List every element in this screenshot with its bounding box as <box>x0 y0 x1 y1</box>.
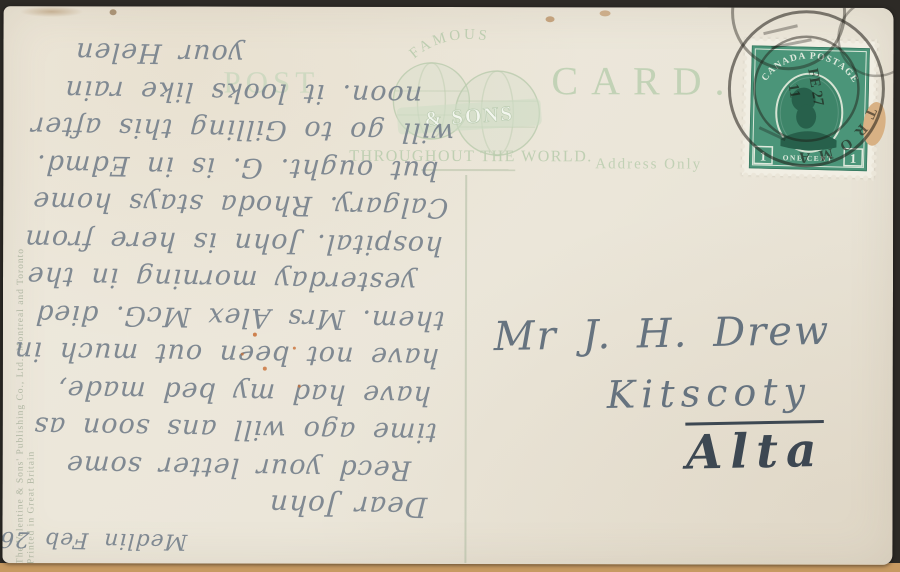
postcard: POST CARD. FAMOUS & SONS <box>2 6 893 565</box>
message-line: Recd your letter some <box>2 444 411 488</box>
stain-spot <box>253 333 257 337</box>
message-line: but ought. G. is in Edmd. <box>13 145 439 189</box>
stain-spot <box>241 353 244 356</box>
message-line: noon. it looks like rain <box>17 70 423 114</box>
postmark-date-line2: 11 <box>785 83 803 100</box>
stain-spot <box>600 10 611 16</box>
message-line: yesterday morning in the <box>8 257 418 301</box>
stain-spot <box>110 9 117 15</box>
address-line: Alta <box>685 420 890 484</box>
stain-spot <box>263 367 267 371</box>
stain-spot <box>20 6 84 17</box>
message-line: time ago will ans soon as <box>2 407 437 451</box>
postmark-arc-text: TROMA <box>790 105 879 165</box>
stain-spot <box>546 16 555 22</box>
postmark-cancellation: TROMA FE 27 11 <box>701 8 893 204</box>
svg-text:TROMA: TROMA <box>790 105 879 165</box>
message-line: them. Mrs Alex McG. died <box>6 295 446 340</box>
message-line: have had my bed made, <box>2 369 431 413</box>
scanned-postcard-back: POST CARD. FAMOUS & SONS <box>0 0 900 572</box>
stain-spot <box>298 385 301 388</box>
stain-spot <box>293 347 296 350</box>
printed-center-divider <box>464 175 467 563</box>
handwritten-address: Mr J. H. DrewKitscotyAlta <box>487 300 890 488</box>
address-line: Kitscoty <box>606 360 889 425</box>
handwritten-message: Medlin Feb 26.11Dear JohnRecd your lette… <box>2 15 459 564</box>
message-line: hospital. John is here from <box>9 220 443 264</box>
message-line: have not been out much in <box>4 332 440 376</box>
message-line: Calgary. Rhoda stays home <box>11 182 449 226</box>
postmark-date-line1: FE 27 <box>804 67 826 108</box>
message-line: Medlin Feb 26.11 <box>2 519 188 560</box>
address-only-label: Address Only <box>595 156 702 173</box>
message-line: will go to Gilling this after <box>15 107 455 152</box>
address-line: Mr J. H. Drew <box>493 300 888 367</box>
message-line: your Helen <box>19 32 245 73</box>
